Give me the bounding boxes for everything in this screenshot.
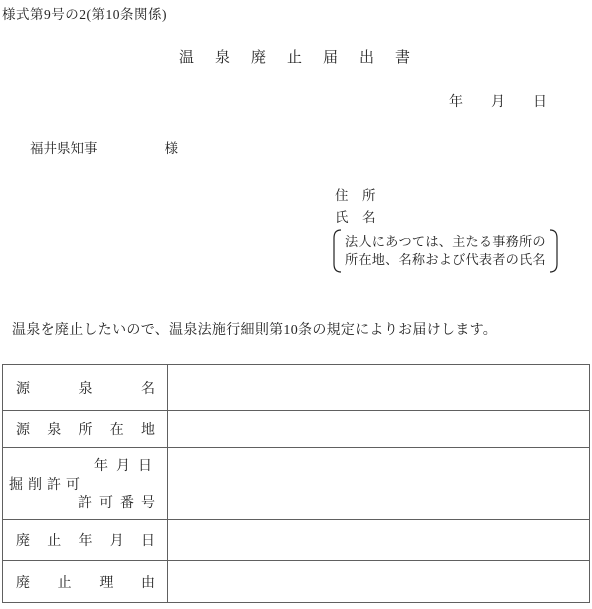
left-bracket bbox=[331, 228, 342, 274]
value-cell-source-location[interactable] bbox=[168, 411, 590, 448]
table-row-source-name: 源泉名 bbox=[3, 365, 590, 411]
addressee-name: 福井県知事 bbox=[30, 141, 98, 156]
right-bracket bbox=[549, 228, 560, 274]
value-cell-source-name[interactable] bbox=[168, 365, 590, 411]
name-label: 氏 名 bbox=[335, 206, 376, 226]
row-label-abolition-reason: 廃止理由 bbox=[3, 572, 167, 592]
date-line: 年 月 日 bbox=[449, 91, 547, 111]
value-cell-abolition-reason[interactable] bbox=[168, 561, 590, 603]
body-text: 温泉を廃止したいので、温泉法施行細則第10条の規定によりお届けします。 bbox=[12, 319, 497, 339]
page-title: 温 泉 廃 止 届 出 書 bbox=[0, 46, 592, 67]
corporate-note: 法人にあつては、主たる事務所の 所在地、名称および代表者の氏名 bbox=[331, 228, 560, 274]
form-number: 様式第9号の2(第10条関係) bbox=[2, 3, 167, 23]
corporate-note-line2: 所在地、名称および代表者の氏名 bbox=[345, 251, 546, 270]
table-row-drilling-permit: 掘削許可 年月日 許可番号 bbox=[3, 448, 590, 520]
table-row-abolition-date: 廃止年月日 bbox=[3, 520, 590, 561]
address-label: 住 所 bbox=[335, 184, 376, 204]
table-row-source-location: 源泉所在地 bbox=[3, 411, 590, 448]
row-label-drilling-permit: 掘削許可 bbox=[9, 474, 85, 494]
addressee-line: 福井県知事様 bbox=[30, 137, 178, 157]
row-label-permit-number: 許可番号 bbox=[78, 492, 162, 512]
addressee-honorific: 様 bbox=[165, 141, 179, 156]
value-cell-abolition-date[interactable] bbox=[168, 520, 590, 561]
row-label-abolition-date: 廃止年月日 bbox=[3, 530, 167, 550]
form-table: 源泉名 源泉所在地 掘削許可 年月日 許可番号 廃止年月日 bbox=[2, 364, 590, 603]
row-label-source-name: 源泉名 bbox=[3, 378, 167, 398]
table-row-abolition-reason: 廃止理由 bbox=[3, 561, 590, 603]
value-cell-drilling-permit[interactable] bbox=[168, 448, 590, 520]
corporate-note-line1: 法人にあつては、主たる事務所の bbox=[345, 233, 546, 252]
hot-spring-abolition-form: 様式第9号の2(第10条関係) 温 泉 廃 止 届 出 書 年 月 日 福井県知… bbox=[0, 0, 592, 609]
corporate-note-text: 法人にあつては、主たる事務所の 所在地、名称および代表者の氏名 bbox=[345, 233, 546, 270]
row-label-permit-date: 年月日 bbox=[94, 455, 160, 475]
row-label-source-location: 源泉所在地 bbox=[3, 419, 167, 439]
